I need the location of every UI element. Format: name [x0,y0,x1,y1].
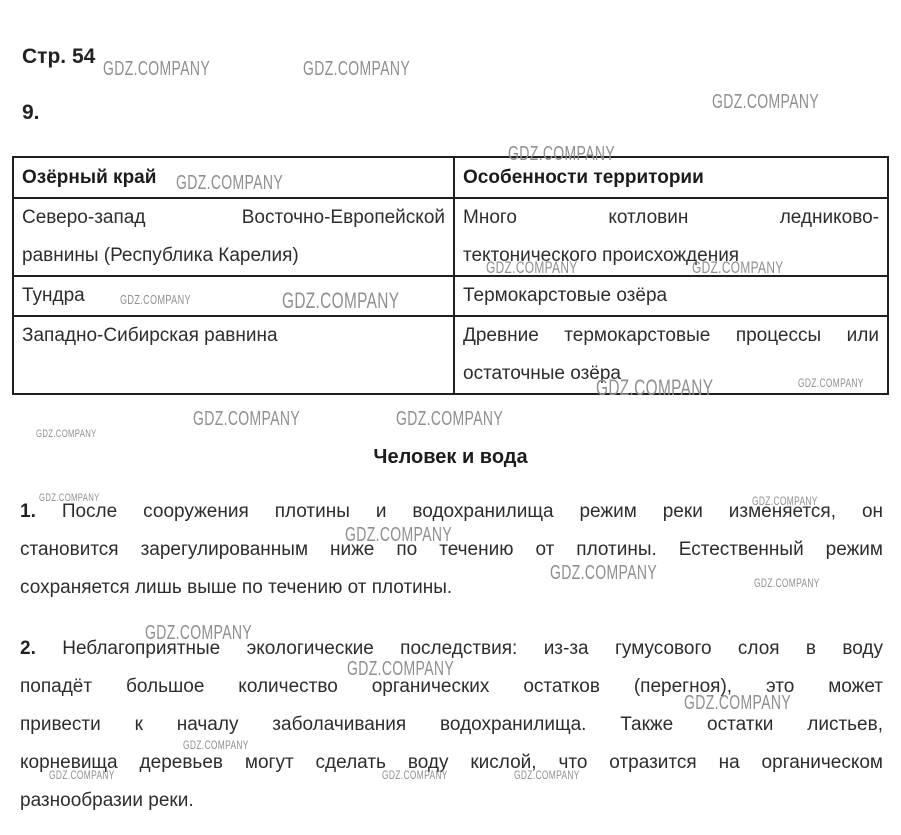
text-line: разнообразии реки. [20,782,883,820]
text-line: Много котловин ледниково- [463,199,879,237]
document-page: { "header": { "page_label": "Стр. 54", "… [0,0,901,835]
table-cell: Западно-Сибирская равнина [13,316,454,394]
text-line: Древние термокарстовые процессы или [463,317,879,355]
table-cell: Тундра [13,276,454,316]
table-cell: Много котловин ледниково- тектонического… [454,198,888,276]
watermark: GDZ.COMPANY [303,58,410,81]
text-line: сохраняется лишь выше по течению от плот… [20,569,883,607]
text-line: Тундра [22,277,445,315]
text-span: Неблагоприятные экологические последстви… [62,638,883,659]
text-line: Термокарстовые озёра [463,277,879,315]
text-line: корневища деревьев могут сделать воду ки… [20,744,883,782]
text-line: тектонического происхождения [463,237,879,275]
table-row: Тундра Термокарстовые озёра [13,276,888,316]
watermark: GDZ.COMPANY [712,91,819,114]
table-row: Западно-Сибирская равнина Древние термок… [13,316,888,394]
text-line: привести к началу заболачивания водохран… [20,706,883,744]
answer-number: 1. [20,501,36,522]
text-line: Западно-Сибирская равнина [22,317,445,355]
text-line: попадёт большое количество органических … [20,668,883,706]
table-cell: Северо-запад Восточно-Европейской равнин… [13,198,454,276]
text-line: остаточные озёра [463,355,879,393]
text-line: равнины (Республика Карелия) [22,237,445,275]
text-line: Северо-запад Восточно-Европейской [22,199,445,237]
watermark: GDZ.COMPANY [396,408,503,431]
table-cell: Термокарстовые озёра [454,276,888,316]
question-number: 9. [22,101,40,125]
watermark: GDZ.COMPANY [103,58,210,81]
section-title: Человек и вода [0,446,901,469]
watermark: GDZ.COMPANY [36,428,97,440]
page-label: Стр. 54 [22,45,95,69]
answer-number: 2. [20,638,36,659]
table-cell: Древние термокарстовые процессы или оста… [454,316,888,394]
text-span: После сооружения плотины и водохранилища… [62,501,883,522]
text-line: становится зарегулированным ниже по тече… [20,531,883,569]
table-row: Северо-запад Восточно-Европейской равнин… [13,198,888,276]
table-header-row: Озёрный край Особенности территории [13,157,888,198]
table-header-lake-region: Озёрный край [13,157,454,198]
text-line: 2. Неблагоприятные экологические последс… [20,630,883,668]
table-header-territory-features: Особенности территории [454,157,888,198]
answer-paragraph-2: 2. Неблагоприятные экологические последс… [20,630,883,820]
text-line: 1. После сооружения плотины и водохранил… [20,493,883,531]
answer-paragraph-1: 1. После сооружения плотины и водохранил… [20,493,883,607]
watermark: GDZ.COMPANY [193,408,300,431]
lakes-table: Озёрный край Особенности территории Севе… [12,156,889,395]
